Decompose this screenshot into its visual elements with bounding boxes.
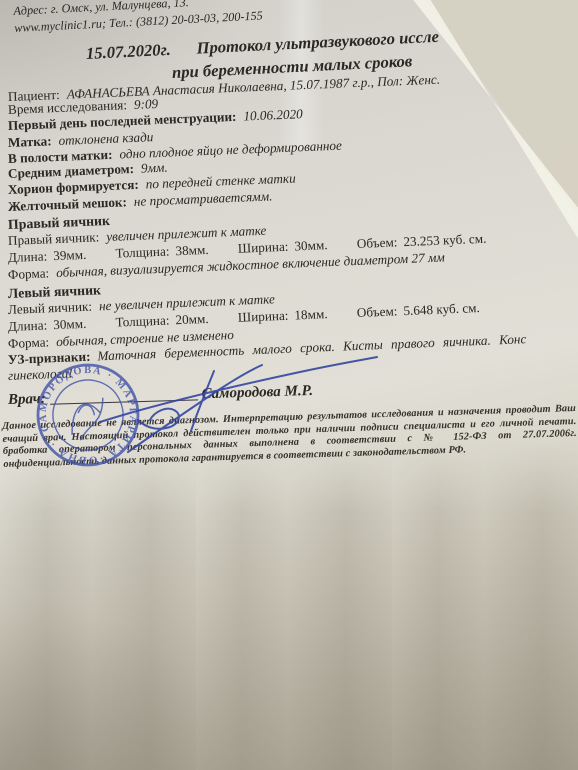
right-ovary-shape-label: Форма:: [8, 265, 50, 282]
doctor-label: Врач:: [8, 391, 46, 408]
length-value: 39мм.: [53, 247, 87, 263]
measurement-length: Длина:39мм.: [8, 247, 87, 265]
width-label: Ширина:: [238, 239, 289, 256]
doctor-name: Самородова М.Р.: [201, 383, 313, 402]
width-value: 18мм.: [294, 306, 328, 322]
length-value: 30мм.: [53, 316, 87, 332]
us-findings-label: УЗ-признаки:: [8, 349, 91, 367]
thickness-label: Толщина:: [115, 244, 169, 261]
length-label: Длина:: [8, 317, 48, 334]
measurement-volume: Объем:23.253 куб. см.: [357, 231, 487, 251]
measurement-volume: Объем:5.648 куб. см.: [357, 300, 481, 320]
yolk-sac-value: не просматриваетсямм.: [134, 188, 273, 209]
clinic-header: Адрес: г. Омск, ул. Малунцева, 13. www.m…: [13, 0, 263, 36]
last-menstruation-value: 10.06.2020: [243, 106, 303, 123]
length-label: Длина:: [8, 248, 48, 265]
left-ovary-shape-label: Форма:: [8, 334, 50, 351]
chorion-value: по передней стенке матки: [145, 170, 296, 191]
width-label: Ширина:: [238, 308, 289, 325]
document-content: Адрес: г. Омск, ул. Малунцева, 13. www.m…: [0, 0, 578, 770]
measurement-width: Ширина:18мм.: [238, 306, 328, 325]
volume-label: Объем:: [357, 234, 398, 251]
row-doctor: Врач:Самородова М.Р.: [8, 383, 314, 409]
exam-time-value: 9:09: [134, 96, 159, 112]
thickness-value: 38мм.: [175, 242, 209, 258]
exam-date: 15.07.2020г.: [86, 40, 172, 63]
volume-label: Объем:: [357, 303, 398, 320]
us-findings-value-line2: гинеколога!: [8, 364, 73, 384]
disclaimer: Данное исследование не является диагнозо…: [2, 403, 577, 471]
volume-value: 23.253 куб. см.: [403, 231, 487, 249]
photographed-document: Адрес: г. Омск, ул. Малунцева, 13. www.m…: [0, 0, 578, 770]
thickness-label: Толщина:: [115, 313, 169, 330]
measurement-length: Длина:30мм.: [8, 316, 87, 334]
mean-diameter-value: 9мм.: [141, 160, 168, 176]
width-value: 30мм.: [294, 237, 328, 253]
thickness-value: 20мм.: [175, 311, 209, 327]
volume-value: 5.648 куб. см.: [403, 300, 480, 318]
signature-line: [50, 399, 198, 404]
